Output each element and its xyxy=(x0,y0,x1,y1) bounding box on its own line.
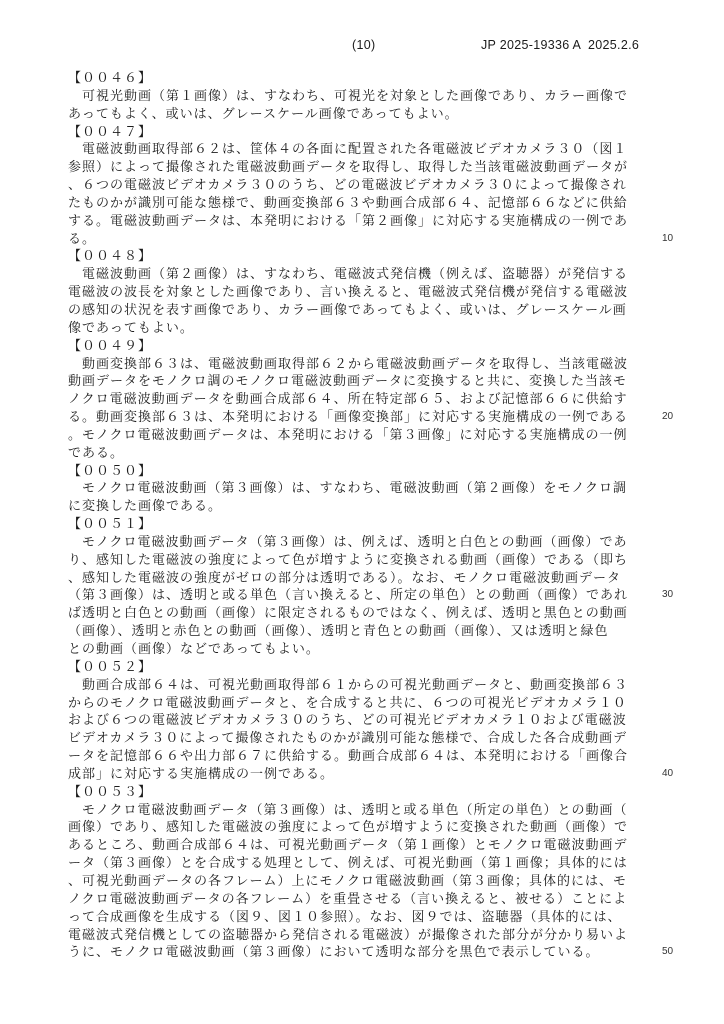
text-line: たものかが識別可能な態様で、動画変換部６３や動画合成部６４、記憶部６６などに供給 xyxy=(68,194,628,212)
text-line: あってもよく、或いは、グレースケール画像であってもよい。 xyxy=(68,105,628,123)
paragraph-number: 【００５３】 xyxy=(68,783,628,801)
text-line: ビデオカメラ３０によって撮像されたものかが識別可能な態様で、合成した各合成動画デ xyxy=(68,729,628,747)
text-line: （画像）、透明と赤色との動画（画像）、透明と青色との動画（画像）、又は透明と緑色 xyxy=(68,622,628,640)
text-line: 電磁波式発信機としての盗聴器から発信される電磁波）が撮像された部分が分かり易いよ xyxy=(68,926,628,944)
text-line: （第３画像）は、透明と或る単色（言い換えると、所定の単色）との動画（画像）であれ… xyxy=(68,586,628,604)
paragraph-number: 【００４６】 xyxy=(68,69,628,87)
text-line: 電磁波動画取得部６２は、筐体４の各面に配置された各電磁波ビデオカメラ３０（図１ xyxy=(68,140,628,158)
text-line: 可視光動画（第１画像）は、すなわち、可視光を対象とした画像であり、カラー画像で xyxy=(68,87,628,105)
text-line: の感知の状況を表す画像であり、カラー画像であってもよく、或いは、グレースケール画 xyxy=(68,301,628,319)
text-line: である。 xyxy=(68,444,628,462)
text-line: モノクロ電磁波動画（第３画像）は、すなわち、電磁波動画（第２画像）をモノクロ調 xyxy=(68,479,628,497)
text-line: 像であってもよい。 xyxy=(68,319,628,337)
text-line: との動画（画像）などであってもよい。 xyxy=(68,640,628,658)
text-line: に変換した画像である。 xyxy=(68,497,628,515)
text-line: 、可視光動画データの各フレーム）上にモノクロ電磁波動画（第３画像；具体的には、モ xyxy=(68,872,628,890)
text-line: って合成画像を生成する（図９、図１０参照）。なお、図９では、盗聴器（具体的には、 xyxy=(68,908,628,926)
text-line: からのモノクロ電磁波動画データと、を合成すると共に、６つの可視光ビデオカメラ１０ xyxy=(68,694,628,712)
text-line: する。電磁波動画データは、本発明における「第２画像」に対応する実施構成の一例であ xyxy=(68,212,628,230)
paragraph-number: 【００４８】 xyxy=(68,247,628,265)
document-body: 【００４６】 可視光動画（第１画像）は、すなわち、可視光を対象とした画像であり、… xyxy=(68,69,628,961)
text-line: 、６つの電磁波ビデオカメラ３０のうち、どの電磁波ビデオカメラ３０によって撮像され xyxy=(68,176,628,194)
paragraph-number: 【００５０】 xyxy=(68,462,628,480)
header-sheet-number: (10) xyxy=(352,38,375,52)
text-line: 電磁波の波長を対象とした画像であり、言い換えると、電磁波式発信機が発信する電磁波 xyxy=(68,283,628,301)
text-line: 、感知した電磁波の強度がゼロの部分は透明である）。なお、モノクロ電磁波動画データ xyxy=(68,569,628,587)
text-line: 電磁波動画（第２画像）は、すなわち、電磁波式発信機（例えば、盗聴器）が発信する xyxy=(68,265,628,283)
line-number-marker: 10 xyxy=(662,234,673,244)
text-line: る。10 xyxy=(68,230,628,248)
text-line: ータ（第３画像）とを合成する処理として、例えば、可視光動画（第１画像；具体的には xyxy=(68,854,628,872)
text-line: 参照）によって撮像された電磁波動画データを取得し、取得した当該電磁波動画データが xyxy=(68,158,628,176)
text-line: 成部」に対応する実施構成の一例である。40 xyxy=(68,765,628,783)
line-number-marker: 50 xyxy=(662,947,673,957)
line-number-marker: 40 xyxy=(662,769,673,779)
text-line: ノクロ電磁波動画データの各フレーム）を重畳させる（言い換えると、被せる）ことによ xyxy=(68,890,628,908)
text-line: ノクロ電磁波動画データを動画合成部６４、所在特定部６５、および記憶部６６に供給す xyxy=(68,390,628,408)
text-line: あるところ、動画合成部６４は、可視光動画データ（第１画像）とモノクロ電磁波動画デ xyxy=(68,836,628,854)
line-number-marker: 30 xyxy=(662,590,673,600)
text-line: および６つの電磁波ビデオカメラ３０のうち、どの可視光ビデオカメラ１０および電磁波 xyxy=(68,711,628,729)
text-line: ば透明と白色との動画（画像）に限定されるものではなく、例えば、透明と黒色との動画 xyxy=(68,604,628,622)
text-line: り、感知した電磁波の強度によって色が増すように変換される動画（画像）である（即ち xyxy=(68,551,628,569)
line-number-marker: 20 xyxy=(662,412,673,422)
text-line: 動画変換部６３は、電磁波動画取得部６２から電磁波動画データを取得し、当該電磁波 xyxy=(68,355,628,373)
paragraph-number: 【００４７】 xyxy=(68,123,628,141)
text-line: 。モノクロ電磁波動画データは、本発明における「第３画像」に対応する実施構成の一例 xyxy=(68,426,628,444)
text-line: モノクロ電磁波動画データ（第３画像）は、例えば、透明と白色との動画（画像）であ xyxy=(68,533,628,551)
text-line: 画像）であり、感知した電磁波の強度によって色が増すように変換された動画（画像）で xyxy=(68,818,628,836)
text-line: 動画データをモノクロ調のモノクロ電磁波動画データに変換すると共に、変換した当該モ xyxy=(68,372,628,390)
patent-document-page: (10) JP 2025-19336 A 2025.2.6 【００４６】 可視光… xyxy=(0,0,724,1024)
text-line: る。動画変換部６３は、本発明における「画像変換部」に対応する実施構成の一例である… xyxy=(68,408,628,426)
header-publication-id: JP 2025-19336 A 2025.2.6 xyxy=(481,38,639,52)
text-line: モノクロ電磁波動画データ（第３画像）は、透明と或る単色（所定の単色）との動画（ xyxy=(68,801,628,819)
paragraph-number: 【００４９】 xyxy=(68,337,628,355)
text-line: 動画合成部６４は、可視光動画取得部６１からの可視光動画データと、動画変換部６３ xyxy=(68,676,628,694)
text-line: うに、モノクロ電磁波動画（第３画像）において透明な部分を黒色で表示している。50 xyxy=(68,943,628,961)
paragraph-number: 【００５２】 xyxy=(68,658,628,676)
paragraph-number: 【００５１】 xyxy=(68,515,628,533)
text-line: ータを記憶部６６や出力部６７に供給する。動画合成部６４は、本発明における「画像合 xyxy=(68,747,628,765)
